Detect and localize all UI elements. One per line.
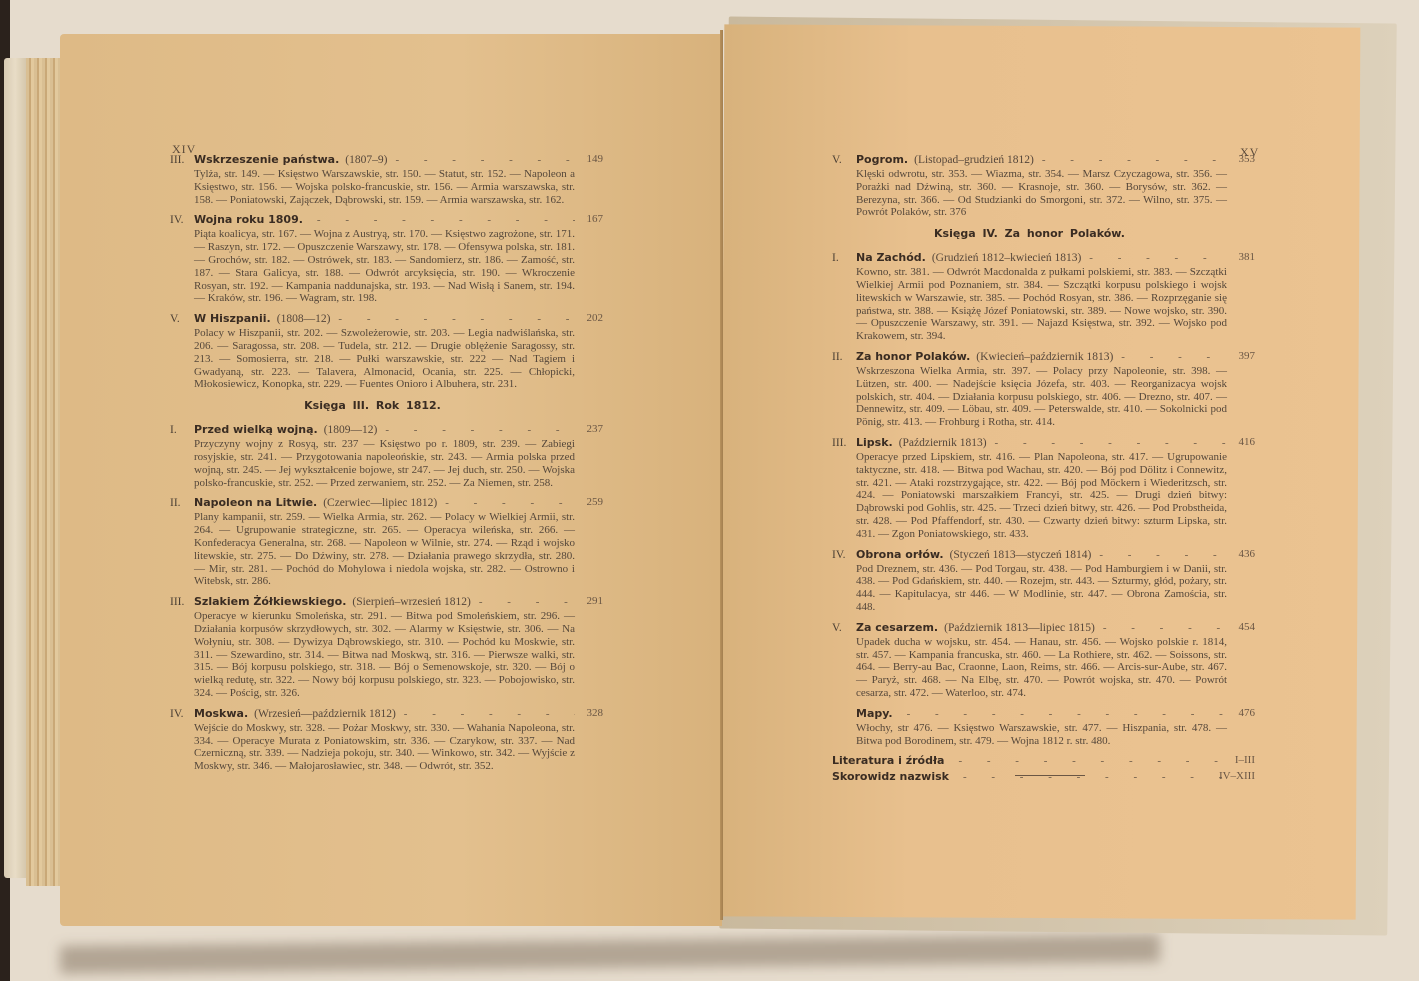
leader-dots: - - - - - - - - - - - - - - - - - - - - … <box>1081 251 1227 266</box>
chapter-dates: (Kwiecień–październik 1813) <box>976 350 1113 365</box>
chapter-subtopics: Pod Dreznem, str. 436. — Pod Torgau, str… <box>832 563 1227 614</box>
chapter-dates: (Grudzień 1812–kwiecień 1813) <box>932 251 1081 266</box>
chapter-dates: (1809—12) <box>324 423 378 438</box>
toc-entry: IV. Wojna roku 1809. - - - - - - - - - -… <box>170 212 575 305</box>
leader-dots: - - - - - - - - - - - - - - - - - - - - … <box>1095 621 1227 636</box>
chapter-page: 353 <box>1239 152 1256 167</box>
chapter-number: V. <box>170 312 194 327</box>
part-heading-left: Księga III. Rok 1812. <box>170 399 575 412</box>
chapter-page: 291 <box>587 594 604 609</box>
leader-dots: - - - - - - - - - - - - - - - - - - - - … <box>396 707 575 722</box>
toc-entry: V. Pogrom. (Listopad–grudzień 1812) - - … <box>832 152 1227 219</box>
chapter-title: Za honor Polaków. <box>856 349 970 364</box>
chapter-subtopics: Upadek ducha w wojsku, str. 454. — Hanau… <box>832 636 1227 700</box>
chapter-title: Lipsk. <box>856 435 893 450</box>
end-entry-title: Skorowidz nazwisk <box>832 769 949 784</box>
part-heading-right: Księga IV. Za honor Polaków. <box>832 227 1227 240</box>
chapter-number: III. <box>170 595 194 610</box>
chapter-number: V. <box>832 153 856 168</box>
chapter-subtopics: Piąta koalicya, str. 167. — Wojna z Aust… <box>170 228 575 305</box>
chapter-page: 381 <box>1239 250 1256 265</box>
entry-heading: V. Za cesarzem. (Październik 1813—lipiec… <box>832 620 1227 636</box>
toc-entry: II. Napoleon na Litwie. (Czerwiec—lipiec… <box>170 495 575 588</box>
chapter-dates: (1807–9) <box>345 153 387 168</box>
chapter-title: Mapy. <box>856 706 893 721</box>
entry-heading: IV. Wojna roku 1809. - - - - - - - - - -… <box>170 212 575 228</box>
chapter-number: I. <box>832 251 856 266</box>
leader-dots: - - - - - - - - - - - - - - - - - - - - … <box>377 423 575 438</box>
entry-heading: II. Za honor Polaków. (Kwiecień–paździer… <box>832 349 1227 365</box>
chapter-page: 416 <box>1239 435 1256 450</box>
chapter-title: Na Zachód. <box>856 250 926 265</box>
leader-dots: - - - - - - - - - - - - - - - - - - - - … <box>330 312 575 327</box>
toc-entry: III. Szlakiem Żółkiewskiego. (Sierpień–w… <box>170 594 575 700</box>
chapter-title: Wskrzeszenie państwa. <box>194 152 339 167</box>
toc-left: III. Wskrzeszenie państwa. (1807–9) - - … <box>170 152 575 779</box>
chapter-title: Za cesarzem. <box>856 620 938 635</box>
chapter-page: 397 <box>1239 349 1256 364</box>
chapter-page: 476 <box>1239 706 1256 721</box>
chapter-dates: (Listopad–grudzień 1812) <box>914 153 1034 168</box>
chapter-number: II. <box>170 496 194 511</box>
chapter-subtopics: Plany kampanii, str. 259. — Wielka Armia… <box>170 511 575 588</box>
book-shadow <box>60 934 1160 974</box>
entry-heading: IV. Moskwa. (Wrzesień—październik 1812) … <box>170 706 575 722</box>
left-page-block <box>26 58 62 886</box>
chapter-subtopics: Operacye w kierunku Smoleńska, str. 291.… <box>170 610 575 700</box>
chapter-title: W Hiszpanii. <box>194 311 271 326</box>
end-entry-page: I–III <box>1235 753 1255 768</box>
chapter-dates: (Październik 1813—lipiec 1815) <box>944 621 1095 636</box>
entry-heading: I. Przed wielką wojną. (1809—12) - - - -… <box>170 422 575 438</box>
chapter-subtopics: Włochy, str 476. — Księstwo Warszawskie,… <box>832 722 1227 748</box>
chapter-number: III. <box>170 153 194 168</box>
leader-dots: - - - - - - - - - - - - - - - - - - - - … <box>987 436 1227 451</box>
chapter-subtopics: Operacye przed Lipskiem, str. 416. — Pla… <box>832 451 1227 541</box>
chapter-dates: (Październik 1813) <box>899 436 987 451</box>
entry-heading: Mapy. - - - - - - - - - - - - - - - - - … <box>832 706 1227 722</box>
toc-end-entry: Skorowidz nazwisk - - - - - - - - - - - … <box>832 769 1227 785</box>
chapter-title: Obrona orłów. <box>856 547 944 562</box>
chapter-title: Wojna roku 1809. <box>194 212 303 227</box>
leader-dots: - - - - - - - - - - - - - - - - - - - - … <box>1113 350 1227 365</box>
toc-right: V. Pogrom. (Listopad–grudzień 1812) - - … <box>832 152 1227 785</box>
leader-dots: - - - - - - - - - - - - - - - - - - - - … <box>899 707 1227 722</box>
toc-entry: IV. Obrona orłów. (Styczeń 1813—styczeń … <box>832 547 1227 614</box>
chapter-number: III. <box>832 436 856 451</box>
entry-heading: III. Wskrzeszenie państwa. (1807–9) - - … <box>170 152 575 168</box>
chapter-subtopics: Polacy w Hiszpanii, str. 202. — Szwoleże… <box>170 327 575 391</box>
leader-dots: - - - - - - - - - - - - - - - - - - - - … <box>437 496 575 511</box>
chapter-number: IV. <box>170 213 194 228</box>
chapter-number: IV. <box>832 548 856 563</box>
end-rule <box>1015 775 1085 776</box>
chapter-page: 167 <box>587 212 604 227</box>
chapter-number: V. <box>832 621 856 636</box>
toc-entry: III. Lipsk. (Październik 1813) - - - - -… <box>832 435 1227 541</box>
chapter-dates: (Czerwiec—lipiec 1812) <box>323 496 437 511</box>
chapter-subtopics: Kowno, str. 381. — Odwrót Macdonalda z p… <box>832 266 1227 343</box>
chapter-page: 328 <box>587 706 604 721</box>
chapter-title: Napoleon na Litwie. <box>194 495 317 510</box>
leader-dots: - - - - - - - - - - - - - - - - - - - - … <box>309 213 575 228</box>
leader-dots: - - - - - - - - - - - - - - - - - - - - … <box>955 770 1227 785</box>
chapter-subtopics: Przyczyny wojny z Rosyą, str. 237 — Księ… <box>170 438 575 489</box>
entry-heading: I. Na Zachód. (Grudzień 1812–kwiecień 18… <box>832 250 1227 266</box>
toc-entry: V. W Hiszpanii. (1808—12) - - - - - - - … <box>170 311 575 391</box>
toc-entry: I. Na Zachód. (Grudzień 1812–kwiecień 18… <box>832 250 1227 343</box>
chapter-title: Szlakiem Żółkiewskiego. <box>194 594 346 609</box>
chapter-page: 436 <box>1239 547 1256 562</box>
chapter-number: II. <box>832 350 856 365</box>
toc-end-entry: Literatura i źródła - - - - - - - - - - … <box>832 753 1227 769</box>
toc-entry: Mapy. - - - - - - - - - - - - - - - - - … <box>832 706 1227 748</box>
chapter-number: I. <box>170 423 194 438</box>
chapter-page: 202 <box>587 311 604 326</box>
entry-heading: III. Szlakiem Żółkiewskiego. (Sierpień–w… <box>170 594 575 610</box>
chapter-page: 454 <box>1239 620 1256 635</box>
toc-entry: III. Wskrzeszenie państwa. (1807–9) - - … <box>170 152 575 206</box>
chapter-dates: (1808—12) <box>277 312 331 327</box>
chapter-title: Pogrom. <box>856 152 908 167</box>
leader-dots: - - - - - - - - - - - - - - - - - - - - … <box>1034 153 1227 168</box>
toc-entry: V. Za cesarzem. (Październik 1813—lipiec… <box>832 620 1227 700</box>
toc-entry: I. Przed wielką wojną. (1809—12) - - - -… <box>170 422 575 489</box>
toc-entry: IV. Moskwa. (Wrzesień—październik 1812) … <box>170 706 575 773</box>
chapter-title: Przed wielką wojną. <box>194 422 318 437</box>
entry-heading: IV. Obrona orłów. (Styczeń 1813—styczeń … <box>832 547 1227 563</box>
chapter-subtopics: Wejście do Moskwy, str. 328. — Pożar Mos… <box>170 722 575 773</box>
chapter-dates: (Sierpień–wrzesień 1812) <box>352 595 470 610</box>
toc-entry: II. Za honor Polaków. (Kwiecień–paździer… <box>832 349 1227 429</box>
leader-dots: - - - - - - - - - - - - - - - - - - - - … <box>950 754 1227 769</box>
entry-heading: II. Napoleon na Litwie. (Czerwiec—lipiec… <box>170 495 575 511</box>
chapter-subtopics: Wskrzeszona Wielka Armia, str. 397. — Po… <box>832 365 1227 429</box>
end-entry-title: Literatura i źródła <box>832 753 944 768</box>
entry-heading: V. Pogrom. (Listopad–grudzień 1812) - - … <box>832 152 1227 168</box>
chapter-page: 259 <box>587 495 604 510</box>
chapter-dates: (Styczeń 1813—styczeń 1814) <box>950 548 1092 563</box>
book-gutter <box>720 30 723 920</box>
entry-heading: V. W Hiszpanii. (1808—12) - - - - - - - … <box>170 311 575 327</box>
chapter-dates: (Wrzesień—październik 1812) <box>254 707 396 722</box>
entry-heading: III. Lipsk. (Październik 1813) - - - - -… <box>832 435 1227 451</box>
chapter-number: IV. <box>170 707 194 722</box>
leader-dots: - - - - - - - - - - - - - - - - - - - - … <box>471 595 575 610</box>
leader-dots: - - - - - - - - - - - - - - - - - - - - … <box>387 153 575 168</box>
chapter-title: Moskwa. <box>194 706 248 721</box>
chapter-page: 149 <box>587 152 604 167</box>
leader-dots: - - - - - - - - - - - - - - - - - - - - … <box>1091 548 1227 563</box>
chapter-subtopics: Tylża, str. 149. — Księstwo Warszawskie,… <box>170 168 575 206</box>
chapter-subtopics: Klęski odwrotu, str. 353. — Wiazma, str.… <box>832 168 1227 219</box>
chapter-page: 237 <box>587 422 604 437</box>
end-entry-page: IV–XIII <box>1219 769 1255 784</box>
